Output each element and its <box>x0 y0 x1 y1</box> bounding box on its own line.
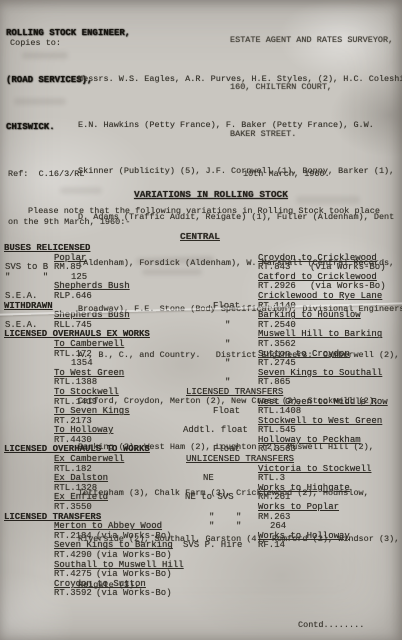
middle-qualifier: NE to SVS <box>183 493 234 503</box>
stock-table: BUSES RELICENSEDPoplarCroydon to Crickle… <box>0 244 402 599</box>
left-entry: RT.3592 <box>54 589 92 599</box>
bleedthrough-smudge <box>60 187 102 194</box>
middle-qualifier: ″ ″ <box>183 522 241 532</box>
middle-qualifier: ″ <box>183 321 230 331</box>
middle-qualifier: ″ <box>183 340 230 350</box>
stock-row: RT.3592(via Works-Bo) <box>0 589 402 599</box>
copies-line: E.N. Hawkins (Petty France), F. Baker (P… <box>78 120 402 130</box>
stock-row: S.E.A.RLP.646Cricklewood to Rye Lane <box>0 292 402 302</box>
intro-line: on the 9th March, 1960:- <box>8 217 130 227</box>
left-entry: RLP.646 <box>54 292 92 302</box>
copies-label: Copies to: <box>10 38 61 48</box>
ref-number: Ref: C.16/3/RL <box>8 169 85 179</box>
document-date: 10th March, 1960. <box>243 169 330 179</box>
middle-qualifier: Addtl. float <box>183 426 248 436</box>
bleedthrough-smudge <box>142 269 202 275</box>
middle-qualifier: ″ <box>183 359 230 369</box>
right-entry: RF.14 <box>258 541 285 551</box>
left-qualifier: ″ ″ <box>5 273 48 283</box>
bleedthrough-smudge <box>14 98 66 105</box>
copies-line: Skinner (Publicity) (5), J.F. Cornwell (… <box>78 166 402 176</box>
bleedthrough-smudge <box>296 196 360 204</box>
middle-qualifier: SVS P. Hire <box>183 541 242 551</box>
document-title: VARIATIONS IN ROLLING STOCK <box>134 189 288 200</box>
bleedthrough-smudge <box>22 52 68 59</box>
continuation-note: Contd........ <box>298 620 364 630</box>
category-heading: WITHDRAWN <box>4 302 53 312</box>
stock-row: RTL.172Sutton to Croydon <box>0 350 402 360</box>
via-note: (via Works-Bo) <box>96 589 172 599</box>
copies-line: Messrs. W.S. Eagles, A.R. Purves, H.E. S… <box>78 74 402 84</box>
middle-qualifier: Float <box>183 407 240 417</box>
document-page: ROLLING STOCK ENGINEER, (ROAD SERVICES),… <box>0 0 402 640</box>
intro-line: Please note that the following variation… <box>28 206 380 216</box>
middle-qualifier: NE <box>183 474 214 484</box>
section-heading: CENTRAL <box>180 231 220 242</box>
